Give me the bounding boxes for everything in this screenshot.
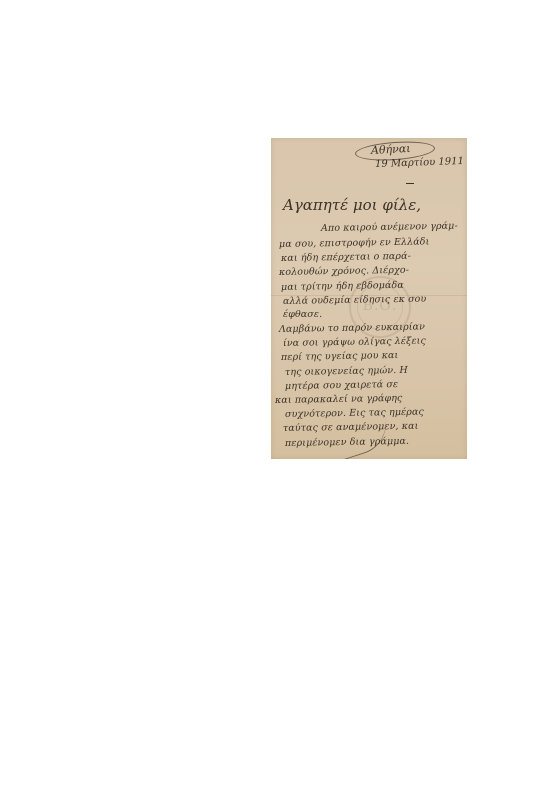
- letter-line: κολουθών χρόνος. Διέρχο-: [279, 265, 409, 278]
- letter-line: και παρακαλεί να γράφης: [275, 393, 403, 406]
- letter-line: μα σου, επιστροφήν εν Ελλάδι: [279, 236, 430, 250]
- letter-line: Απο καιρού ανέμενον γράμ-: [321, 221, 458, 234]
- letter-line: συχνότερον. Εις τας ημέρας: [285, 407, 424, 420]
- letter-line: και ήδη επέρχεται ο παρά-: [281, 251, 411, 264]
- letter-line: μαι τρίτην ήδη εβδομάδα: [281, 280, 404, 293]
- letter-date: 19 Μαρτίου 1911: [375, 156, 464, 170]
- letter-salutation: Αγαπητέ μοι φίλε,: [283, 196, 421, 214]
- letter-line: της οικογενείας ημών. Η: [285, 365, 408, 378]
- letter-place: Αθήναι: [371, 142, 411, 157]
- letter-line: μητέρα σου χαιρετά σε: [285, 379, 398, 392]
- letter-line: έφθασε.: [283, 309, 322, 320]
- page-canvas: Β.Ο. Αθήναι 19 Μαρτίου 1911 Αγαπητέ μοι …: [0, 0, 549, 800]
- letter-line: Λαμβάνω το παρόν ευκαιρίαν: [279, 321, 425, 335]
- date-rule: [406, 183, 414, 184]
- letter-line: περί της υγείας μου και: [281, 350, 399, 363]
- letter-sheet: Β.Ο. Αθήναι 19 Μαρτίου 1911 Αγαπητέ μοι …: [271, 138, 467, 459]
- letter-line: ίνα σοι γράψω ολίγας λέξεις: [283, 336, 426, 349]
